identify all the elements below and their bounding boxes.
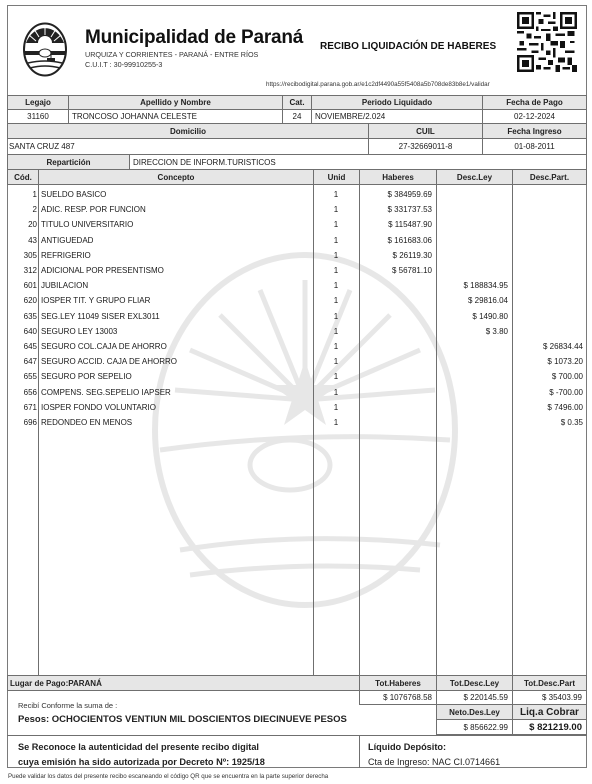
row-desc-part: $ 1073.20 [512, 357, 583, 366]
row-unit: 1 [313, 403, 359, 412]
row-unit: 1 [313, 372, 359, 381]
row-unit: 1 [313, 251, 359, 260]
row-concept: ADIC. RESP. POR FUNCION [41, 205, 146, 214]
row-unit: 1 [313, 205, 359, 214]
column-divider [436, 185, 437, 676]
row-code: 1 [7, 190, 37, 199]
row-code: 645 [7, 342, 37, 351]
row-unit: 1 [313, 220, 359, 229]
lugar-pago: Lugar de Pago:PARANÁ [7, 675, 360, 691]
row-code: 635 [7, 312, 37, 321]
neto-label: Neto.Des.Ley [436, 704, 513, 720]
fecha-pago-value: 02-12-2024 [482, 109, 587, 124]
cuil-value: 27-32669011-8 [368, 138, 483, 155]
row-desc-ley: $ 1490.80 [436, 312, 508, 321]
reparticion-label: Repartición [7, 154, 130, 170]
col-header-desc-ley: Desc.Ley [436, 169, 513, 185]
row-concept: JUBILACION [41, 281, 88, 290]
validation-url[interactable]: https://recibodigital.parana.gob.ar/e1c2… [266, 81, 490, 88]
row-code: 312 [7, 266, 37, 275]
tot-desc-ley-label: Tot.Desc.Ley [436, 675, 513, 691]
col-header-cod: Cód. [7, 169, 39, 185]
row-code: 305 [7, 251, 37, 260]
fecha-pago-label: Fecha de Pago [482, 95, 587, 110]
col-header-concepto: Concepto [38, 169, 314, 185]
row-code: 620 [7, 296, 37, 305]
row-code: 671 [7, 403, 37, 412]
row-concept: SUELDO BASICO [41, 190, 106, 199]
nombre-label: Apellido y Nombre [68, 95, 283, 110]
row-concept: COMPENS. SEG.SEPELIO IAPSER [41, 388, 171, 397]
tot-desc-part-label: Tot.Desc.Part [512, 675, 587, 691]
row-unit: 1 [313, 190, 359, 199]
document-title: RECIBO LIQUIDACIÓN DE HABERES [320, 41, 496, 52]
row-desc-ley: $ 3.80 [436, 327, 508, 336]
row-code: 655 [7, 372, 37, 381]
recibi-conforme: Recibí Conforme la suma de : [18, 701, 117, 710]
row-concept: SEGURO POR SEPELIO [41, 372, 132, 381]
cat-label: Cat. [282, 95, 312, 110]
legajo-value: 31160 [7, 109, 69, 124]
authenticity-line-1: Se Reconoce la autenticidad del presente… [18, 742, 259, 752]
neto-value: $ 856622.99 [436, 719, 513, 735]
row-haberes: $ 384959.69 [359, 190, 432, 199]
row-desc-part: $ -700.00 [512, 388, 583, 397]
fecha-ingreso-value: 01-08-2011 [482, 138, 587, 155]
row-code: 640 [7, 327, 37, 336]
row-desc-part: $ 700.00 [512, 372, 583, 381]
row-haberes: $ 115487.90 [359, 220, 432, 229]
organization-cuit: C.U.I.T : 30-99910255-3 [85, 60, 162, 69]
row-haberes: $ 331737.53 [359, 205, 432, 214]
row-code: 647 [7, 357, 37, 366]
row-code: 2 [7, 205, 37, 214]
authenticity-line-2: cuya emisión ha sido autorizada por Decr… [18, 757, 265, 767]
qr-code-icon[interactable] [517, 12, 577, 72]
row-desc-part: $ 7496.00 [512, 403, 583, 412]
row-desc-ley: $ 188834.95 [436, 281, 508, 290]
reparticion-value: DIRECCION DE INFORM.TURISTICOS [129, 154, 587, 170]
row-haberes: $ 56781.10 [359, 266, 432, 275]
col-header-unid: Unid [313, 169, 360, 185]
tot-haberes-value: $ 1076768.58 [359, 690, 437, 705]
row-concept: SEG.LEY 11049 SISER EXL3011 [41, 312, 160, 321]
domicilio-value: SANTA CRUZ 487 [7, 138, 369, 155]
row-code: 601 [7, 281, 37, 290]
row-unit: 1 [313, 327, 359, 336]
row-concept: TITULO UNIVERSITARIO [41, 220, 133, 229]
column-divider [359, 735, 360, 768]
row-concept: IOSPER FONDO VOLUNTARIO [41, 403, 156, 412]
row-unit: 1 [313, 388, 359, 397]
row-unit: 1 [313, 357, 359, 366]
nombre-value: TRONCOSO JOHANNA CELESTE [68, 109, 283, 124]
row-code: 43 [7, 236, 37, 245]
fecha-ingreso-label: Fecha Ingreso [482, 123, 587, 139]
domicilio-label: Domicilio [7, 123, 369, 139]
row-concept: SEGURO ACCID. CAJA DE AHORRO [41, 357, 177, 366]
row-concept: REDONDEO EN MENOS [41, 418, 132, 427]
row-concept: IOSPER TIT. Y GRUPO FLIAR [41, 296, 150, 305]
row-concept: SEGURO COL.CAJA DE AHORRO [41, 342, 167, 351]
col-header-haberes: Haberes [359, 169, 437, 185]
row-haberes: $ 161683.06 [359, 236, 432, 245]
row-unit: 1 [313, 296, 359, 305]
tot-haberes-label: Tot.Haberes [359, 675, 437, 691]
cat-value: 24 [282, 109, 312, 124]
row-desc-part: $ 0.35 [512, 418, 583, 427]
row-unit: 1 [313, 266, 359, 275]
row-code: 656 [7, 388, 37, 397]
row-haberes: $ 26119.30 [359, 251, 432, 260]
row-unit: 1 [313, 281, 359, 290]
legajo-label: Legajo [7, 95, 69, 110]
liquido-deposito-title: Líquido Depósito: [368, 742, 446, 752]
municipal-coat-of-arms-icon [22, 21, 68, 78]
row-concept: REFRIGERIO [41, 251, 91, 260]
liq-cobrar-label: Liq.a Cobrar [512, 704, 587, 720]
tot-desc-ley-value: $ 220145.59 [436, 690, 513, 705]
row-concept: ANTIGUEDAD [41, 236, 93, 245]
organization-name: Municipalidad de Paraná [85, 27, 303, 49]
row-code: 20 [7, 220, 37, 229]
cuenta-ingreso: Cta de Ingreso: NAC CI.0714661 [368, 757, 500, 767]
tot-desc-part-value: $ 35403.99 [512, 690, 587, 705]
row-unit: 1 [313, 312, 359, 321]
organization-address: URQUIZA Y CORRIENTES - PARANÁ - ENTRE RÍ… [85, 50, 258, 59]
col-header-desc-part: Desc.Part. [512, 169, 587, 185]
row-unit: 1 [313, 342, 359, 351]
cuil-label: CUIL [368, 123, 483, 139]
row-code: 696 [7, 418, 37, 427]
validation-note: Puede validar los datos del presente rec… [8, 773, 328, 780]
row-desc-ley: $ 29816.04 [436, 296, 508, 305]
liq-cobrar-value: $ 821219.00 [512, 719, 587, 735]
row-desc-part: $ 26834.44 [512, 342, 583, 351]
amount-in-words: Pesos: OCHOCIENTOS VENTIUN MIL DOSCIENTO… [18, 714, 347, 725]
column-divider [512, 185, 513, 676]
column-divider [38, 185, 39, 676]
row-unit: 1 [313, 236, 359, 245]
divider [7, 735, 587, 736]
row-concept: ADICIONAL POR PRESENTISMO [41, 266, 164, 275]
periodo-label: Periodo Liquidado [311, 95, 483, 110]
row-concept: SEGURO LEY 13003 [41, 327, 117, 336]
periodo-value: NOVIEMBRE/2.024 [311, 109, 483, 124]
row-unit: 1 [313, 418, 359, 427]
